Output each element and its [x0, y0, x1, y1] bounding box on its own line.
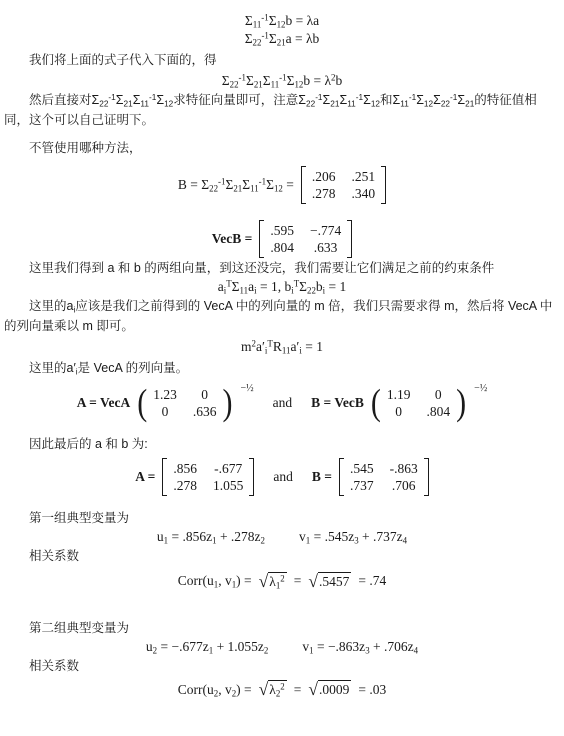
right-bracket	[381, 166, 386, 204]
a-final-matrix: .856 -.677 .278 1.055	[162, 458, 254, 496]
text-whichever-method: 不管使用哪种方法，	[4, 138, 560, 158]
sqrt-radical: λ12	[259, 572, 287, 590]
b-final-matrix: .545 -.863 .737 .706	[339, 458, 429, 496]
matrix-cell: 0	[193, 386, 217, 403]
text-a-prime-note: 这里的a′i是 VecA 的列向量。	[4, 358, 560, 378]
right-bracket	[249, 458, 254, 496]
matrix-cell: .856	[173, 460, 197, 477]
matrix-grid: .595 −.774 .804 .633	[264, 220, 347, 258]
matrix-cell: 1.055	[213, 477, 243, 494]
text-got-vectors: 这里我们得到 a 和 b 的两组向量，到这还没完，我们需要让它们满足之前的约束条…	[4, 258, 560, 278]
formula-b-definition: B = Σ22-1Σ21Σ11-1Σ12 = .206 .251 .278 .3…	[4, 166, 560, 204]
and-word: and	[273, 469, 293, 485]
matrix-cell: 1.19	[387, 386, 411, 403]
and-word: and	[273, 395, 293, 411]
matrix-cell: .804	[426, 403, 450, 420]
formula-corr2: Corr(u2, v2) = λ22 = .0009 = .03	[4, 680, 560, 698]
b-definition-lead: B = Σ22-1Σ21Σ11-1Σ12 =	[178, 177, 294, 193]
formula-normalization: A = VecA 1.23 0 0 .636 −½ and B = VecB 1…	[4, 384, 560, 422]
matrix-cell: .278	[312, 185, 336, 202]
text-final-ab: 因此最后的 a 和 b 为:	[4, 434, 560, 454]
matrix-cell: .278	[173, 477, 197, 494]
radicand: λ22	[268, 680, 286, 698]
formula-m-equation: m2a′iTR11a′i = 1	[4, 338, 560, 356]
text-first-pair: 第一组典型变量为	[4, 508, 560, 528]
text-corr-label-2: 相关系数	[4, 656, 560, 676]
b-scale-lead: B = VecB	[311, 395, 364, 411]
sqrt-radical: .0009	[308, 680, 351, 698]
matrix-exponent: −½	[240, 383, 253, 394]
matrix-cell: .251	[351, 168, 375, 185]
matrix-cell: .545	[350, 460, 374, 477]
matrix-cell: .633	[310, 239, 341, 256]
formula-v1: v1 = .545z3 + .737z4	[299, 528, 407, 546]
equals-sign: =	[294, 573, 302, 589]
formula-eigen-b: Σ22-1Σ21a = λb	[4, 30, 560, 48]
sqrt-radical: .5457	[308, 572, 351, 590]
formula-corr1: Corr(u1, v1) = λ12 = .5457 = .74	[4, 572, 560, 590]
b-definition-matrix: .206 .251 .278 .340	[301, 166, 386, 204]
matrix-cell: 0	[387, 403, 411, 420]
vecb-lead: VecB =	[212, 231, 253, 247]
formula-eigen-combined: Σ22-1Σ21Σ11-1Σ12b = λ2b	[4, 72, 560, 90]
text-then-paragraph: 然后直接对Σ22-1Σ21Σ11-1Σ12求特征向量即可，注意Σ22-1Σ21Σ…	[4, 90, 560, 130]
corr1-lhs: Corr(u1, v1) =	[178, 573, 252, 589]
corr2-lhs: Corr(u2, v2) =	[178, 682, 252, 698]
formula-u1: u1 = .856z1 + .278z2	[157, 528, 265, 546]
formula-first-canonical-variables: u1 = .856z1 + .278z2 v1 = .545z3 + .737z…	[4, 528, 560, 546]
right-bracket	[424, 458, 429, 496]
matrix-grid: 1.19 0 0 .804	[381, 384, 456, 422]
matrix-cell: -.677	[213, 460, 243, 477]
vecb-matrix: .595 −.774 .804 .633	[259, 220, 352, 258]
formula-v2: v1 = −.863z3 + .706z4	[302, 638, 418, 656]
matrix-cell: .737	[350, 477, 374, 494]
corr2-result: = .03	[358, 682, 386, 698]
matrix-grid: .856 -.677 .278 1.055	[167, 458, 249, 496]
matrix-cell: −.774	[310, 222, 341, 239]
radicand: .0009	[318, 680, 351, 698]
equals-sign: =	[294, 682, 302, 698]
matrix-cell: 1.23	[153, 386, 177, 403]
matrix-grid: 1.23 0 0 .636	[147, 384, 222, 422]
document-page: Σ11-1Σ12b = λa Σ22-1Σ21a = λb 我们将上面的式子代入…	[0, 0, 564, 736]
matrix-cell: -.863	[390, 460, 418, 477]
corr1-result: = .74	[358, 573, 386, 589]
a-final-lead: A =	[135, 469, 155, 485]
matrix-cell: 0	[153, 403, 177, 420]
text-m-times: 这里的ai应该是我们之前得到的 VecA 中的列向量的 m 倍，我们只需要求得 …	[4, 296, 560, 336]
radicand: λ12	[268, 572, 286, 590]
matrix-cell: .206	[312, 168, 336, 185]
radicand: .5457	[318, 572, 351, 590]
matrix-cell: .595	[270, 222, 294, 239]
a-scale-matrix: 1.23 0 0 .636	[137, 384, 232, 422]
formula-final-ab-matrices: A = .856 -.677 .278 1.055 and B = .545 -…	[4, 458, 560, 496]
text-second-pair: 第二组典型变量为	[4, 618, 560, 638]
sqrt-radical: λ22	[259, 680, 287, 698]
a-scale-lead: A = VecA	[77, 395, 130, 411]
formula-vecb: VecB = .595 −.774 .804 .633	[4, 220, 560, 258]
matrix-grid: .545 -.863 .737 .706	[344, 458, 424, 496]
matrix-cell: .706	[390, 477, 418, 494]
formula-eigen-a: Σ11-1Σ12b = λa	[4, 12, 560, 30]
matrix-exponent: −½	[474, 383, 487, 394]
matrix-cell: .636	[193, 403, 217, 420]
formula-u2: u2 = −.677z1 + 1.055z2	[146, 638, 268, 656]
right-paren	[456, 384, 466, 422]
right-bracket	[347, 220, 352, 258]
left-paren	[137, 384, 147, 422]
matrix-cell: .340	[351, 185, 375, 202]
b-final-lead: B =	[312, 469, 332, 485]
text-corr-label-1: 相关系数	[4, 546, 560, 566]
matrix-grid: .206 .251 .278 .340	[306, 166, 381, 204]
left-paren	[371, 384, 381, 422]
text-substitute: 我们将上面的式子代入下面的，得	[4, 50, 560, 70]
b-scale-matrix: 1.19 0 0 .804	[371, 384, 466, 422]
formula-constraint: aiTΣ11ai = 1, biTΣ22bi = 1	[4, 278, 560, 296]
right-paren	[222, 384, 232, 422]
matrix-cell: 0	[426, 386, 450, 403]
matrix-cell: .804	[270, 239, 294, 256]
formula-second-canonical-variables: u2 = −.677z1 + 1.055z2 v1 = −.863z3 + .7…	[4, 638, 560, 656]
